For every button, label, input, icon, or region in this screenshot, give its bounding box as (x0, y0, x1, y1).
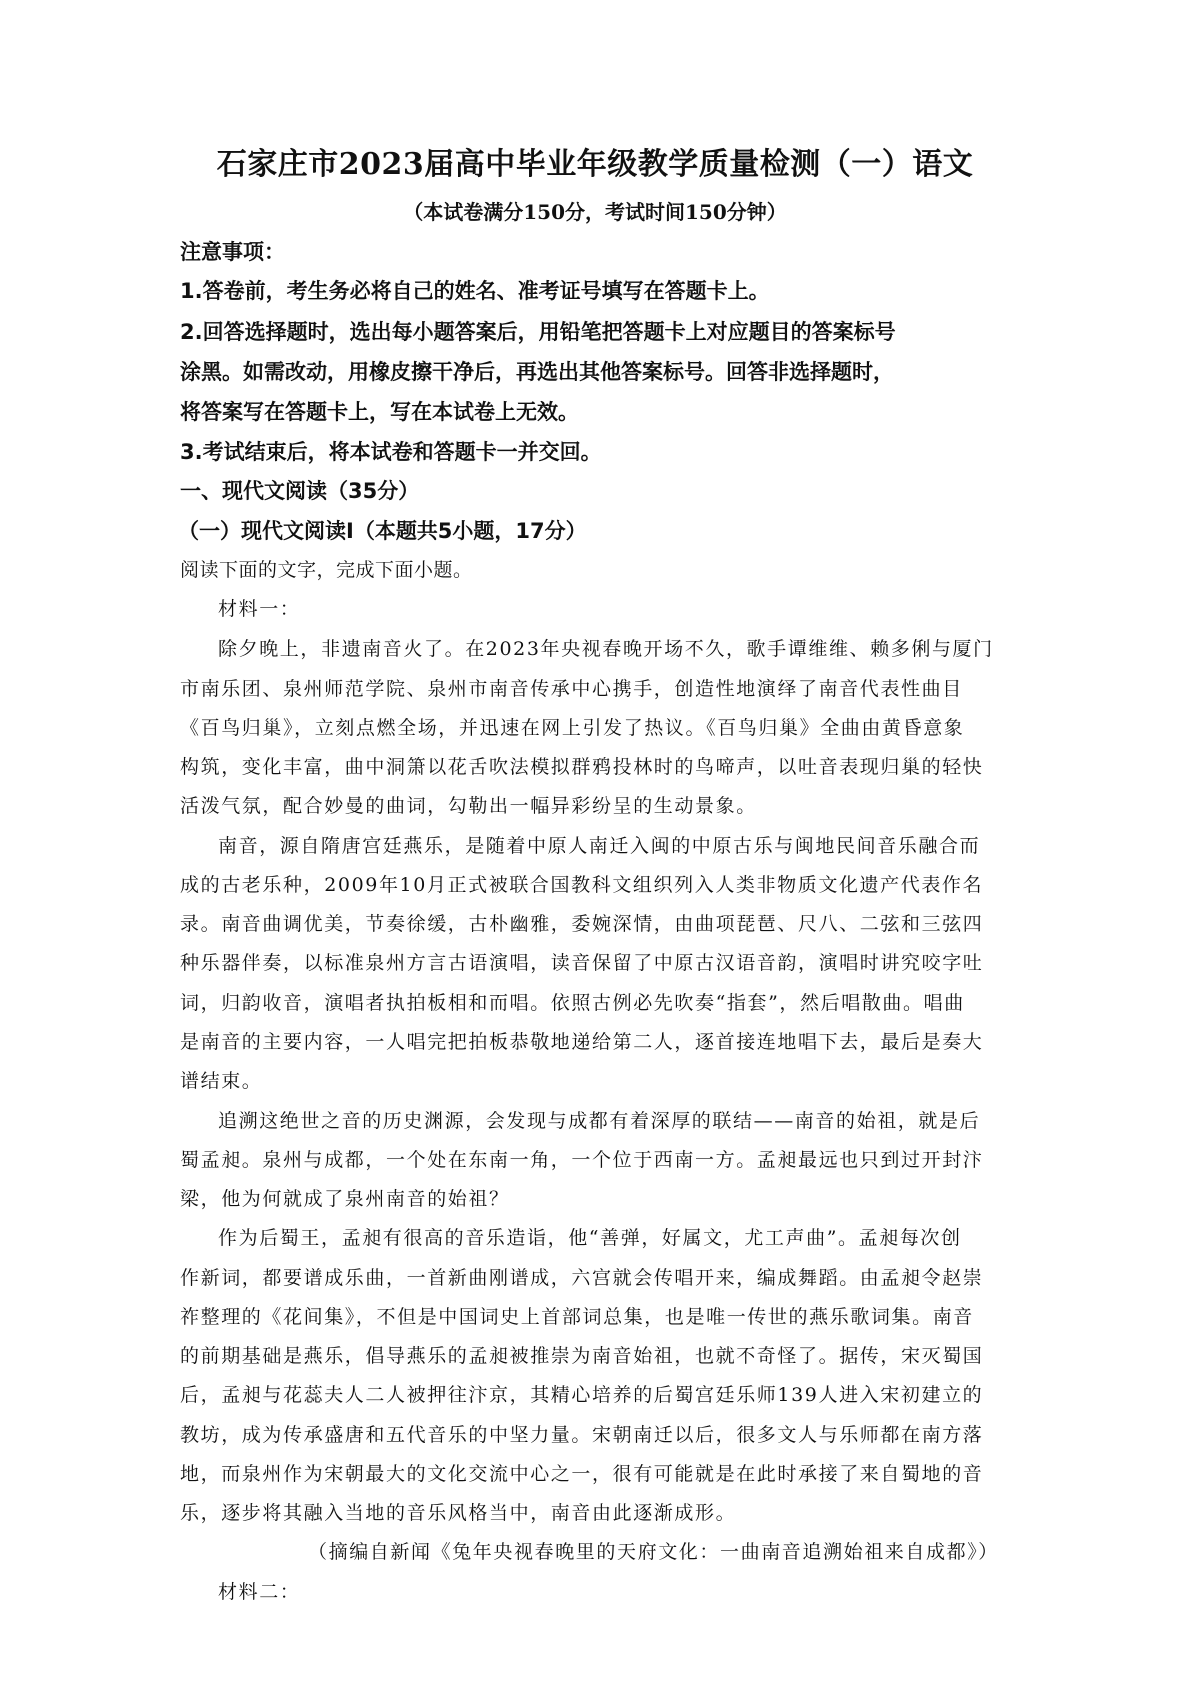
paragraph-line: 市南乐团、泉州师范学院、泉州市南音传承中心携手，创造性地演绎了南音代表性曲目 (180, 680, 963, 699)
exam-title: 石家庄市2023届高中毕业年级教学质量检测（一）语文 (0, 150, 1190, 180)
paragraph-line: 追溯这绝世之音的历史渊源，会发现与成都有着深厚的联结——南音的始祖，就是后 (218, 1112, 980, 1131)
notice-item-2-cont2: 将答案写在答题卡上，写在本试卷上无效。 (180, 402, 579, 423)
paragraph-line: 地，而泉州作为宋朝最大的文化交流中心之一，很有可能就是在此时承接了来自蜀地的音 (180, 1465, 983, 1484)
paragraph-line: 录。南音曲调优美，节奏徐缓，古朴幽雅，委婉深情，由曲项琵琶、尺八、二弦和三弦四 (180, 915, 983, 934)
paragraph-line: 乐，逐步将其融入当地的音乐风格当中，南音由此逐渐成形。 (180, 1504, 736, 1523)
paragraph-line: 谱结束。 (180, 1072, 262, 1091)
material-1-label: 材料一： (218, 600, 300, 619)
paragraph-line: 活泼气氛，配合妙曼的曲词，勾勒出一幅异彩纷呈的生动景象。 (180, 797, 757, 816)
subsection-heading: （一）现代文阅读Ⅰ（本题共5小题，17分） (178, 521, 587, 542)
exam-page: 石家庄市2023届高中毕业年级教学质量检测（一）语文 （本试卷满分150分，考试… (0, 0, 1190, 1683)
section-heading: 一、现代文阅读（35分） (180, 481, 419, 502)
paragraph-line: 祚整理的《花间集》，不但是中国词史上首部词总集，也是唯一传世的燕乐歌词集。南音 (180, 1308, 974, 1327)
notice-item-1: 1.答卷前，考生务必将自己的姓名、准考证号填写在答题卡上。 (180, 281, 770, 302)
paragraph-line: 是南音的主要内容，一人唱完把拍板恭敬地递给第二人，逐首接连地唱下去，最后是奏大 (180, 1033, 983, 1052)
paragraph-line: 教坊，成为传承盛唐和五代音乐的中坚力量。宋朝南迁以后，很多文人与乐师都在南方落 (180, 1426, 983, 1445)
paragraph-line: 种乐器伴奏，以标准泉州方言古语演唱，读音保留了中原古汉语音韵，演唱时讲究咬字吐 (180, 954, 983, 973)
paragraph-line: 后，孟昶与花蕊夫人二人被押往汴京，其精心培养的后蜀宫廷乐师139人进入宋初建立的 (180, 1386, 983, 1405)
notice-heading: 注意事项： (180, 242, 285, 263)
paragraph-line: 作为后蜀王，孟昶有很高的音乐造诣，他“善弹，好属文，尤工声曲”。孟昶每次创 (218, 1229, 962, 1248)
material-2-label: 材料二： (218, 1583, 300, 1602)
exam-subtitle: （本试卷满分150分，考试时间150分钟） (0, 202, 1190, 222)
source-citation: （摘编自新闻《兔年央视春晚里的天府文化：一曲南音追溯始祖来自成都》） (308, 1543, 999, 1562)
paragraph-line: 成的古老乐种，2009年10月正式被联合国教科文组织列入人类非物质文化遗产代表作… (180, 876, 983, 895)
paragraph-line: 词，归韵收音，演唱者执拍板相和而唱。依照古例必先吹奏“指套”，然后唱散曲。唱曲 (180, 994, 965, 1013)
paragraph-line: 梁，他为何就成了泉州南音的始祖？ (180, 1190, 510, 1209)
paragraph-line: 构筑，变化丰富，曲中洞箫以花舌吹法模拟群鸦投林时的鸟啼声，以吐音表现归巢的轻快 (180, 758, 983, 777)
notice-item-3: 3.考试结束后，将本试卷和答题卡一并交回。 (180, 442, 602, 463)
paragraph-line: 除夕晚上，非遗南音火了。在2023年央视春晚开场不久，歌手谭维维、赖多俐与厦门 (218, 640, 994, 659)
notice-item-2-cont: 涂黑。如需改动，用橡皮擦干净后，再选出其他答案标号。回答非选择题时， (180, 362, 894, 383)
notice-item-2: 2.回答选择题时，选出每小题答案后，用铅笔把答题卡上对应题目的答案标号 (180, 322, 896, 343)
paragraph-line: 《百鸟归巢》，立刻点燃全场，并迅速在网上引发了热议。《百鸟归巢》全曲由黄昏意象 (180, 719, 964, 738)
reading-instruction: 阅读下面的文字，完成下面小题。 (180, 561, 473, 580)
paragraph-line: 蜀孟昶。泉州与成都，一个处在东南一角，一个位于西南一方。孟昶最远也只到过开封汴 (180, 1151, 983, 1170)
paragraph-line: 南音，源自隋唐宫廷燕乐，是随着中原人南迁入闽的中原古乐与闽地民间音乐融合而 (218, 837, 980, 856)
paragraph-line: 的前期基础是燕乐，倡导燕乐的孟昶被推崇为南音始祖，也就不奇怪了。据传，宋灭蜀国 (180, 1347, 983, 1366)
paragraph-line: 作新词，都要谱成乐曲，一首新曲刚谱成，六宫就会传唱开来，编成舞蹈。由孟昶令赵崇 (180, 1269, 983, 1288)
